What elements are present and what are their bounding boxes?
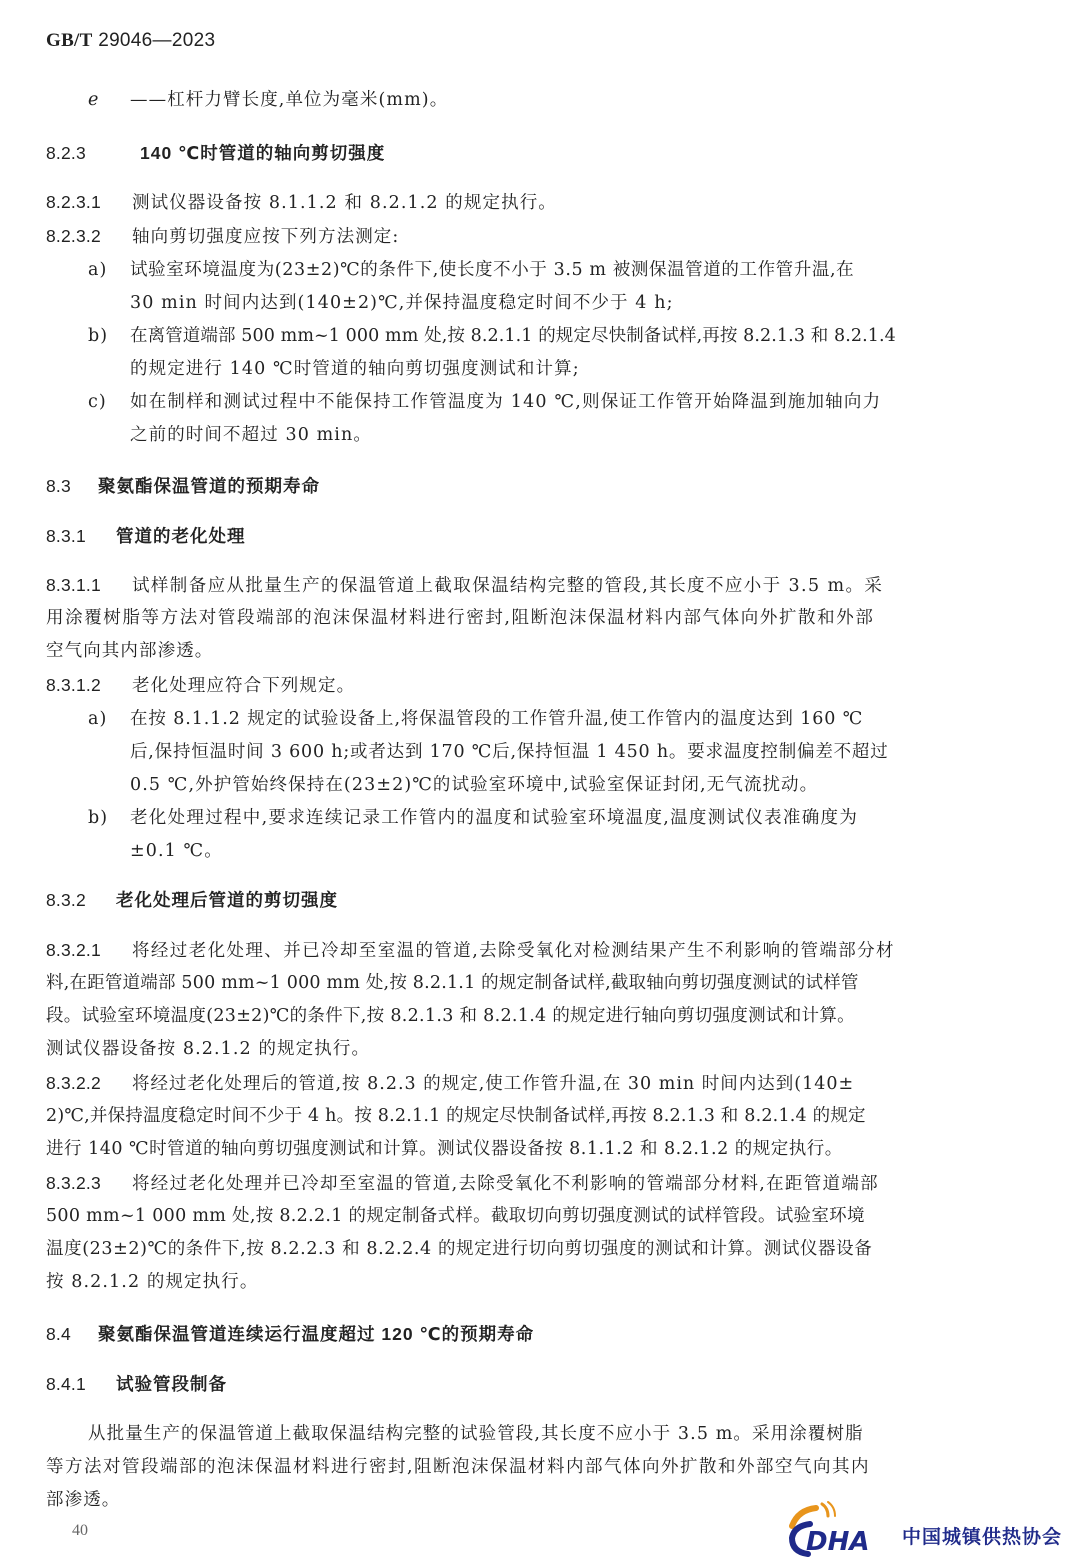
item-label: b): [88, 324, 130, 348]
clause-8-3-2-1-line4: 测试仪器设备按 8.2.1.2 的规定执行。: [46, 1037, 370, 1061]
heading-8-4-1: 8.4.1试验管段制备: [46, 1372, 227, 1396]
clause-text: 轴向剪切强度应按下列方法测定:: [132, 227, 399, 247]
aging-item-a-line1: a)在按 8.1.1.2 规定的试验设备上,将保温管段的工作管升温,使工作管内的…: [88, 707, 863, 731]
page-number: 40: [72, 1522, 88, 1540]
item-a-line1: a)试验室环境温度为(23±2)℃的条件下,使长度不小于 3.5 m 被测保温管…: [88, 258, 854, 282]
clause-8-3-2-2-line2: 2)℃,并保持温度稳定时间不少于 4 h。按 8.2.1.1 的规定尽快制备试样…: [46, 1104, 866, 1128]
heading-8-2-3: 8.2.3140 ℃时管道的轴向剪切强度: [46, 141, 385, 165]
clause-text: 试样制备应从批量生产的保温管道上截取保温结构完整的管段,其长度不应小于 3.5 …: [132, 576, 883, 596]
heading-text: 试验管段制备: [116, 1374, 227, 1394]
clause-text: 将经过老化处理后的管道,按 8.2.3 的规定,使工作管升温,在 30 min …: [132, 1074, 854, 1094]
standard-id: GB/T 29046—2023: [46, 30, 215, 52]
item-c-line2: 之前的时间不超过 30 min。: [130, 423, 372, 447]
item-label: a): [88, 258, 130, 282]
clause-number: 8.2.3.1: [46, 190, 132, 214]
item-b-line2: 的规定进行 140 ℃时管道的轴向剪切强度测试和计算;: [130, 357, 580, 381]
logo-abbr: DHA: [806, 1527, 869, 1557]
section-number: 8.3.1: [46, 524, 116, 548]
standard-prefix: GB/T: [46, 30, 93, 51]
clause-8-3-2-1: 8.3.2.1将经过老化处理、并已冷却至室温的管道,去除受氧化对检测结果产生不利…: [46, 938, 895, 963]
heading-text: 管道的老化处理: [116, 526, 246, 546]
para-8-4-1-line3: 部渗透。: [46, 1488, 120, 1512]
section-number: 8.3: [46, 474, 98, 498]
item-c-line1: c)如在制样和测试过程中不能保持工作管温度为 140 ℃,则保证工作管开始降温到…: [88, 390, 881, 414]
clause-text: 将经过老化处理、并已冷却至室温的管道,去除受氧化对检测结果产生不利影响的管端部分…: [132, 941, 895, 961]
section-number: 8.3.2: [46, 888, 116, 912]
clause-number: 8.3.2.2: [46, 1071, 132, 1095]
item-b-line1: b)在离管道端部 500 mm~1 000 mm 处,按 8.2.1.1 的规定…: [88, 324, 896, 348]
clause-8-3-2-3: 8.3.2.3将经过老化处理并已冷却至室温的管道,去除受氧化不利影响的管端部分材…: [46, 1171, 879, 1196]
aging-item-b-line2: ±0.1 ℃。: [130, 839, 223, 863]
clause-8-3-2-3-line4: 按 8.2.1.2 的规定执行。: [46, 1270, 258, 1294]
item-text: 老化处理过程中,要求连续记录工作管内的温度和试验室环境温度,温度测试仪表准确度为: [130, 808, 858, 828]
aging-item-a-line3: 0.5 ℃,外护管始终保持在(23±2)℃的试验室环境中,试验室保证封闭,无气流…: [130, 773, 818, 797]
heading-text: 140 ℃时管道的轴向剪切强度: [140, 143, 385, 163]
clause-8-3-2-2-line3: 进行 140 ℃时管道的轴向剪切强度测试和计算。测试仪器设备按 8.1.1.2 …: [46, 1137, 843, 1161]
item-text: 在按 8.1.1.2 规定的试验设备上,将保温管段的工作管升温,使工作管内的温度…: [130, 709, 863, 729]
logo-org-name: 中国城镇供热协会: [902, 1522, 1062, 1549]
dha-logo: DHA 中国城镇供热协会: [784, 1500, 1074, 1560]
definition-text: ——杠杆力臂长度,单位为毫米(mm)。: [130, 90, 448, 110]
clause-number: 8.3.2.1: [46, 938, 132, 962]
section-number: 8.4.1: [46, 1372, 116, 1396]
heading-text: 聚氨酯保温管道的预期寿命: [98, 476, 320, 496]
heading-8-3: 8.3聚氨酯保温管道的预期寿命: [46, 474, 320, 498]
para-8-4-1-line1: 从批量生产的保温管道上截取保温结构完整的试验管段,其长度不应小于 3.5 m。采…: [88, 1422, 864, 1446]
section-number: 8.2.3: [46, 141, 140, 165]
clause-number: 8.2.3.2: [46, 224, 132, 248]
symbol-e: e: [88, 88, 130, 112]
dha-logo-icon: DHA: [784, 1500, 896, 1560]
clause-8-3-1-2: 8.3.1.2老化处理应符合下列规定。: [46, 673, 355, 698]
item-label: c): [88, 390, 130, 414]
clause-number: 8.3.1.2: [46, 673, 132, 697]
item-label: b): [88, 806, 130, 830]
definition-e: e——杠杆力臂长度,单位为毫米(mm)。: [88, 88, 448, 112]
clause-text: 测试仪器设备按 8.1.1.2 和 8.2.1.2 的规定执行。: [132, 193, 557, 213]
section-number: 8.4: [46, 1322, 98, 1346]
clause-8-2-3-2: 8.2.3.2轴向剪切强度应按下列方法测定:: [46, 224, 399, 249]
clause-8-3-2-3-line3: 温度(23±2)℃的条件下,按 8.2.2.3 和 8.2.2.4 的规定进行切…: [46, 1237, 872, 1261]
clause-8-3-1-1: 8.3.1.1试样制备应从批量生产的保温管道上截取保温结构完整的管段,其长度不应…: [46, 573, 883, 598]
item-a-line2: 30 min 时间内达到(140±2)℃,并保持温度稳定时间不少于 4 h;: [130, 291, 674, 315]
heading-text: 聚氨酯保温管道连续运行温度超过 120 ℃的预期寿命: [98, 1324, 534, 1344]
heading-text: 老化处理后管道的剪切强度: [116, 890, 338, 910]
clause-8-3-1-1-line2: 用涂覆树脂等方法对管段端部的泡沫保温材料进行密封,阻断泡沫保温材料内部气体向外扩…: [46, 606, 874, 630]
item-text: 在离管道端部 500 mm~1 000 mm 处,按 8.2.1.1 的规定尽快…: [130, 326, 896, 346]
clause-text: 将经过老化处理并已冷却至室温的管道,去除受氧化不利影响的管端部分材料,在距管道端…: [132, 1174, 879, 1194]
clause-8-3-2-2: 8.3.2.2将经过老化处理后的管道,按 8.2.3 的规定,使工作管升温,在 …: [46, 1071, 854, 1096]
clause-number: 8.3.1.1: [46, 573, 132, 597]
clause-8-2-3-1: 8.2.3.1测试仪器设备按 8.1.1.2 和 8.2.1.2 的规定执行。: [46, 190, 557, 215]
heading-8-3-1: 8.3.1管道的老化处理: [46, 524, 246, 548]
clause-8-3-2-3-line2: 500 mm~1 000 mm 处,按 8.2.2.1 的规定制备式样。截取切向…: [46, 1204, 865, 1228]
clause-text: 老化处理应符合下列规定。: [132, 676, 355, 696]
item-text: 如在制样和测试过程中不能保持工作管温度为 140 ℃,则保证工作管开始降温到施加…: [130, 392, 881, 412]
clause-8-3-2-1-line2: 料,在距管道端部 500 mm~1 000 mm 处,按 8.2.1.1 的规定…: [46, 971, 859, 995]
clause-number: 8.3.2.3: [46, 1171, 132, 1195]
para-8-4-1-line2: 等方法对管段端部的泡沫保温材料进行密封,阻断泡沫保温材料内部气体向外扩散和外部空…: [46, 1455, 870, 1479]
clause-8-3-1-1-line3: 空气向其内部渗透。: [46, 639, 213, 663]
aging-item-a-line2: 后,保持恒温时间 3 600 h;或者达到 170 ℃后,保持恒温 1 450 …: [130, 740, 889, 764]
heading-8-4: 8.4聚氨酯保温管道连续运行温度超过 120 ℃的预期寿命: [46, 1322, 534, 1346]
aging-item-b-line1: b)老化处理过程中,要求连续记录工作管内的温度和试验室环境温度,温度测试仪表准确…: [88, 806, 858, 830]
item-text: 试验室环境温度为(23±2)℃的条件下,使长度不小于 3.5 m 被测保温管道的…: [130, 260, 854, 280]
standard-number: 29046—2023: [98, 30, 215, 51]
clause-8-3-2-1-line3: 段。试验室环境温度(23±2)℃的条件下,按 8.2.1.3 和 8.2.1.4…: [46, 1004, 855, 1028]
heading-8-3-2: 8.3.2老化处理后管道的剪切强度: [46, 888, 338, 912]
item-label: a): [88, 707, 130, 731]
